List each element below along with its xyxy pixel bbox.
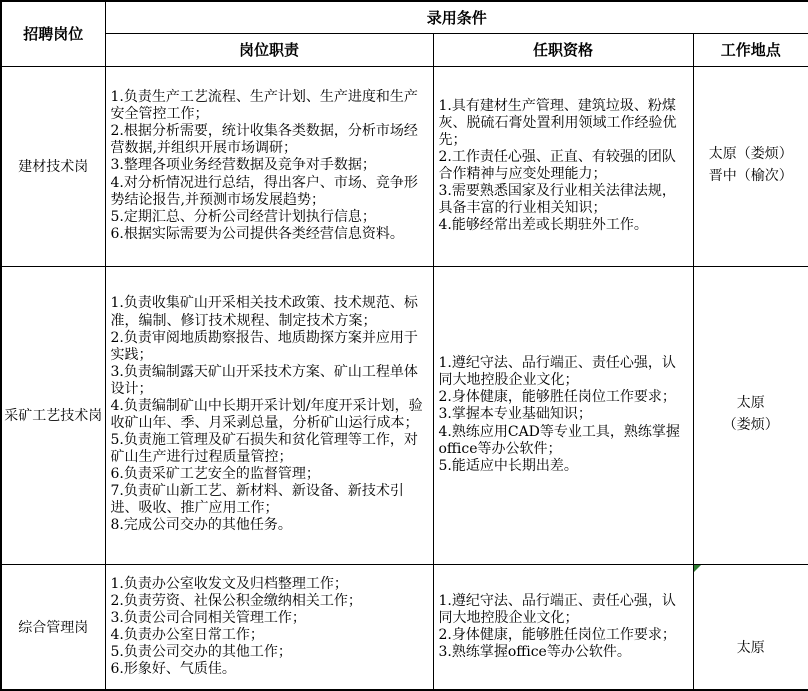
header-location-cell: 工作地点 [693,33,808,66]
qualifications-cell: 1.遵纪守法、品行端正、责任心强，认同大地控股企业文化； 2.身体健康，能够胜任… [433,266,693,564]
header-conditions-cell: 录用条件 [105,1,808,33]
position-cell: 采矿工艺技术岗 [1,266,105,564]
duties-cell: 1.负责生产工艺流程、生产计划、生产进度和生产安全管控工作； 2.根据分析需要，… [105,66,433,266]
header-position-cell: 招聘岗位 [1,1,105,66]
header-duties-cell: 岗位职责 [105,33,433,66]
excel-error-marker-icon [694,565,701,572]
location-cell: 太原（娄烦） 晋中（榆次） [693,66,808,266]
table-row: 建材技术岗 1.负责生产工艺流程、生产计划、生产进度和生产安全管控工作； 2.根… [1,66,808,266]
qualifications-cell: 1.遵纪守法、品行端正、责任心强，认同大地控股企业文化； 2.身体健康，能够胜任… [433,564,693,690]
location-text: 太原 [737,640,765,656]
location-cell: 太原 [693,564,808,690]
location-cell: 太原 （娄烦） [693,266,808,564]
table-row: 综合管理岗 1.负责办公室收发文及归档整理工作； 2.负责劳资、社保公积金缴纳相… [1,564,808,690]
position-cell: 综合管理岗 [1,564,105,690]
duties-cell: 1.负责办公室收发文及归档整理工作； 2.负责劳资、社保公积金缴纳相关工作； 3… [105,564,433,690]
qualifications-cell: 1.具有建材生产管理、建筑垃圾、粉煤灰、脱硫石膏处置利用领域工作经验优先； 2.… [433,66,693,266]
position-cell: 建材技术岗 [1,66,105,266]
recruitment-sheet: 招聘岗位 录用条件 岗位职责 任职资格 工作地点 建材技术岗 1.负责生产工艺流… [0,0,808,691]
duties-cell: 1.负责收集矿山开采相关技术政策、技术规范、标准，编制、修订技术规程、制定技术方… [105,266,433,564]
table-row: 采矿工艺技术岗 1.负责收集矿山开采相关技术政策、技术规范、标准，编制、修订技术… [1,266,808,564]
recruitment-table: 招聘岗位 录用条件 岗位职责 任职资格 工作地点 建材技术岗 1.负责生产工艺流… [0,0,808,691]
header-qualifications-cell: 任职资格 [433,33,693,66]
